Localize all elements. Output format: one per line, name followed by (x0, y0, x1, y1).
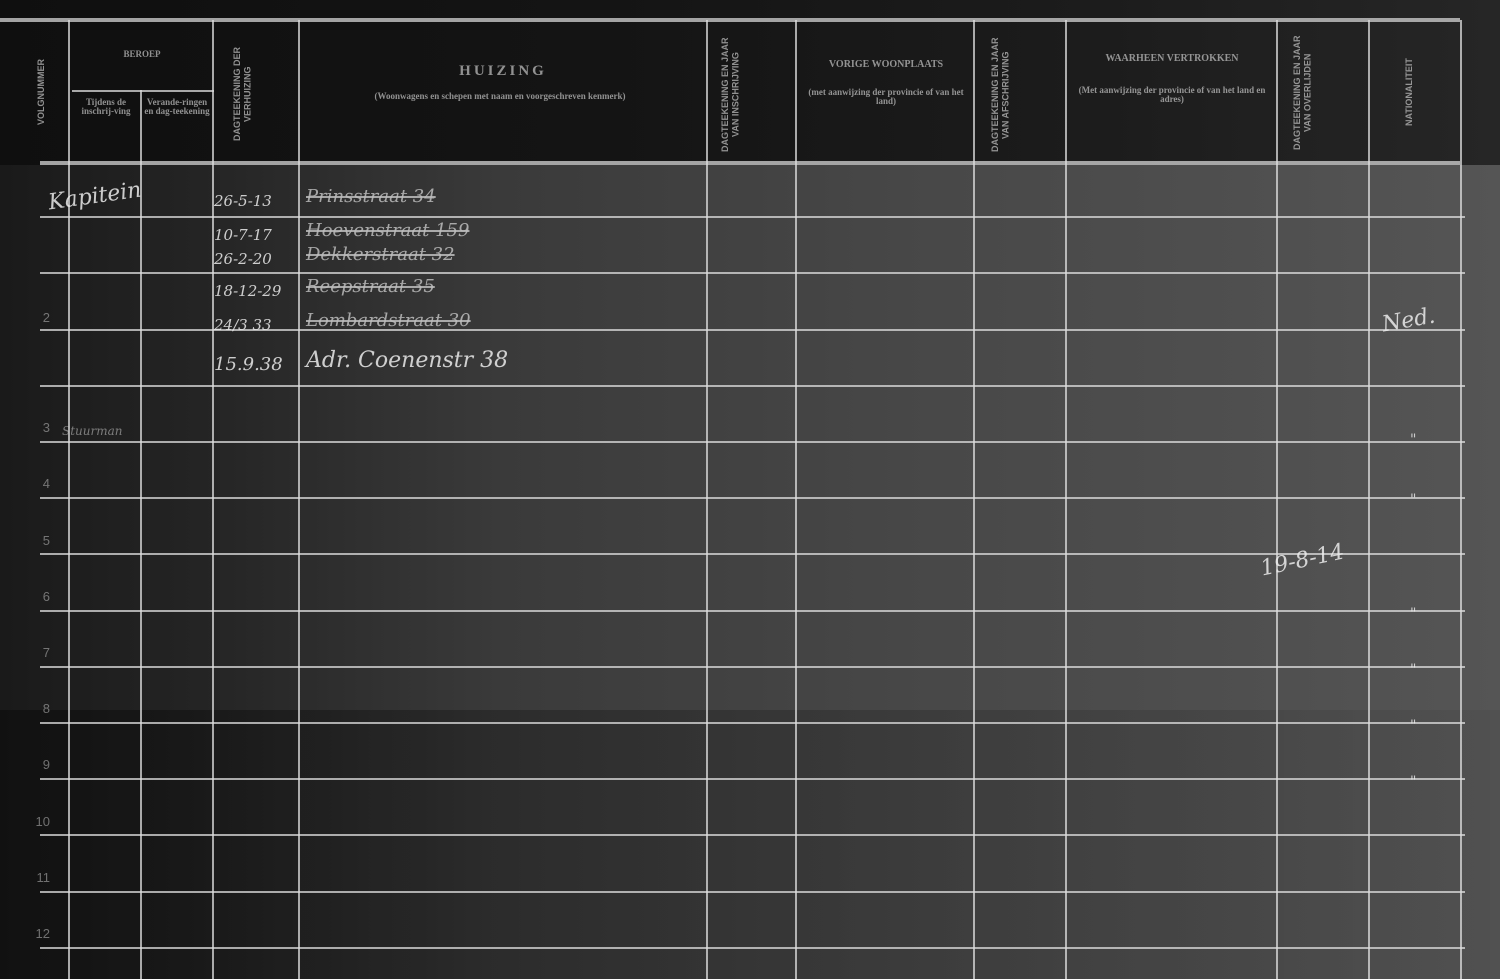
row-line (40, 947, 1465, 949)
col-line (140, 90, 142, 979)
row-number: 12 (30, 926, 50, 941)
row-number: 9 (30, 757, 50, 772)
beroep-entry: Kapitein (47, 178, 143, 216)
header-dagteekening-verhuizing: DAGTEEKENING DER VERHUIZING (232, 30, 282, 158)
row-line (40, 441, 1465, 443)
row-line (40, 610, 1465, 612)
verhuizing-date: 10-7-17 (214, 226, 272, 244)
header-nationaliteit: NATIONALITEIT (1404, 30, 1414, 155)
lower-shadow (0, 710, 1500, 979)
row-number: 2 (30, 310, 50, 325)
huizing-address: Hoevenstraat 159 (306, 220, 469, 241)
ditto-mark: " (1410, 662, 1416, 678)
header-huizing-sub: (Woonwagens en schepen met naam en voorg… (350, 92, 650, 101)
overlijden-entry: 19-8-14 (1258, 539, 1346, 581)
row-line (40, 834, 1465, 836)
row-line (40, 778, 1465, 780)
row-number: 10 (30, 814, 50, 829)
huizing-address: Prinsstraat 34 (306, 186, 436, 207)
row-number: 7 (30, 645, 50, 660)
header-rule (40, 161, 1460, 165)
row-line (40, 385, 1465, 387)
verhuizing-date: 24/3 33 (214, 316, 272, 334)
row-line (40, 272, 1465, 274)
row-number: 4 (30, 476, 50, 491)
row-number: 5 (30, 533, 50, 548)
row-line (40, 722, 1465, 724)
ditto-mark: " (1410, 606, 1416, 622)
huizing-address: Dekkerstraat 32 (306, 244, 455, 265)
verhuizing-date: 26-5-13 (214, 192, 272, 210)
header-beroep: BEROEP (72, 50, 212, 59)
ditto-mark: " (1410, 774, 1416, 790)
row-number: 8 (30, 701, 50, 716)
row-line (40, 666, 1465, 668)
header-dagteekening-afschrijving: DAGTEEKENING EN JAAR VAN AFSCHRIJVING (990, 30, 1052, 160)
header-volgnummer: VOLGNUMMER (36, 30, 46, 155)
register-sheet: VOLGNUMMER BEROEP Tijdens de inschrij-vi… (0, 0, 1500, 979)
huizing-address: Adr. Coenenstr 38 (306, 348, 508, 373)
ditto-mark: " (1410, 432, 1416, 448)
row-number: 6 (30, 589, 50, 604)
header-beroep-inschrijving: Tijdens de inschrij-ving (74, 98, 138, 117)
row-line (40, 216, 1465, 218)
huizing-address: Lombardstraat 30 (306, 310, 471, 331)
row-line (40, 891, 1465, 893)
row-number: 11 (30, 870, 50, 885)
header-vorige-woonplaats-sub: (met aanwijzing der provincie of van het… (808, 88, 964, 107)
ditto-mark: " (1410, 718, 1416, 734)
nationaliteit-entry: Ned. (1380, 304, 1437, 338)
header-huizing: HUIZING (300, 64, 706, 80)
header-waarheen-sub: (Met aanwijzing der provincie of van het… (1074, 86, 1270, 105)
header-dagteekening-inschrijving: DAGTEEKENING EN JAAR VAN INSCHRIJVING (720, 30, 782, 160)
verhuizing-date: 15.9.38 (214, 354, 283, 375)
ditto-mark: " (1410, 492, 1416, 508)
row-line (40, 553, 1465, 555)
beroep-sub-rule (72, 90, 214, 92)
row-number: 3 (30, 420, 50, 435)
row-line (40, 497, 1465, 499)
verhuizing-date: 18-12-29 (214, 282, 281, 300)
huizing-address: Reepstraat 35 (306, 276, 435, 297)
header-waarheen: WAARHEEN VERTROKKEN (1070, 54, 1274, 65)
verhuizing-date: 26-2-20 (214, 250, 272, 268)
header-vorige-woonplaats: VORIGE WOONPLAATS (800, 60, 972, 71)
header-beroep-veranderingen: Verande-ringen en dag-teekening (144, 98, 210, 117)
header-dagteekening-overlijden: DAGTEEKENING EN JAAR VAN OVERLIJDEN (1292, 28, 1354, 158)
beroep-entry: Stuurman (62, 424, 123, 438)
top-rule (0, 18, 1460, 22)
